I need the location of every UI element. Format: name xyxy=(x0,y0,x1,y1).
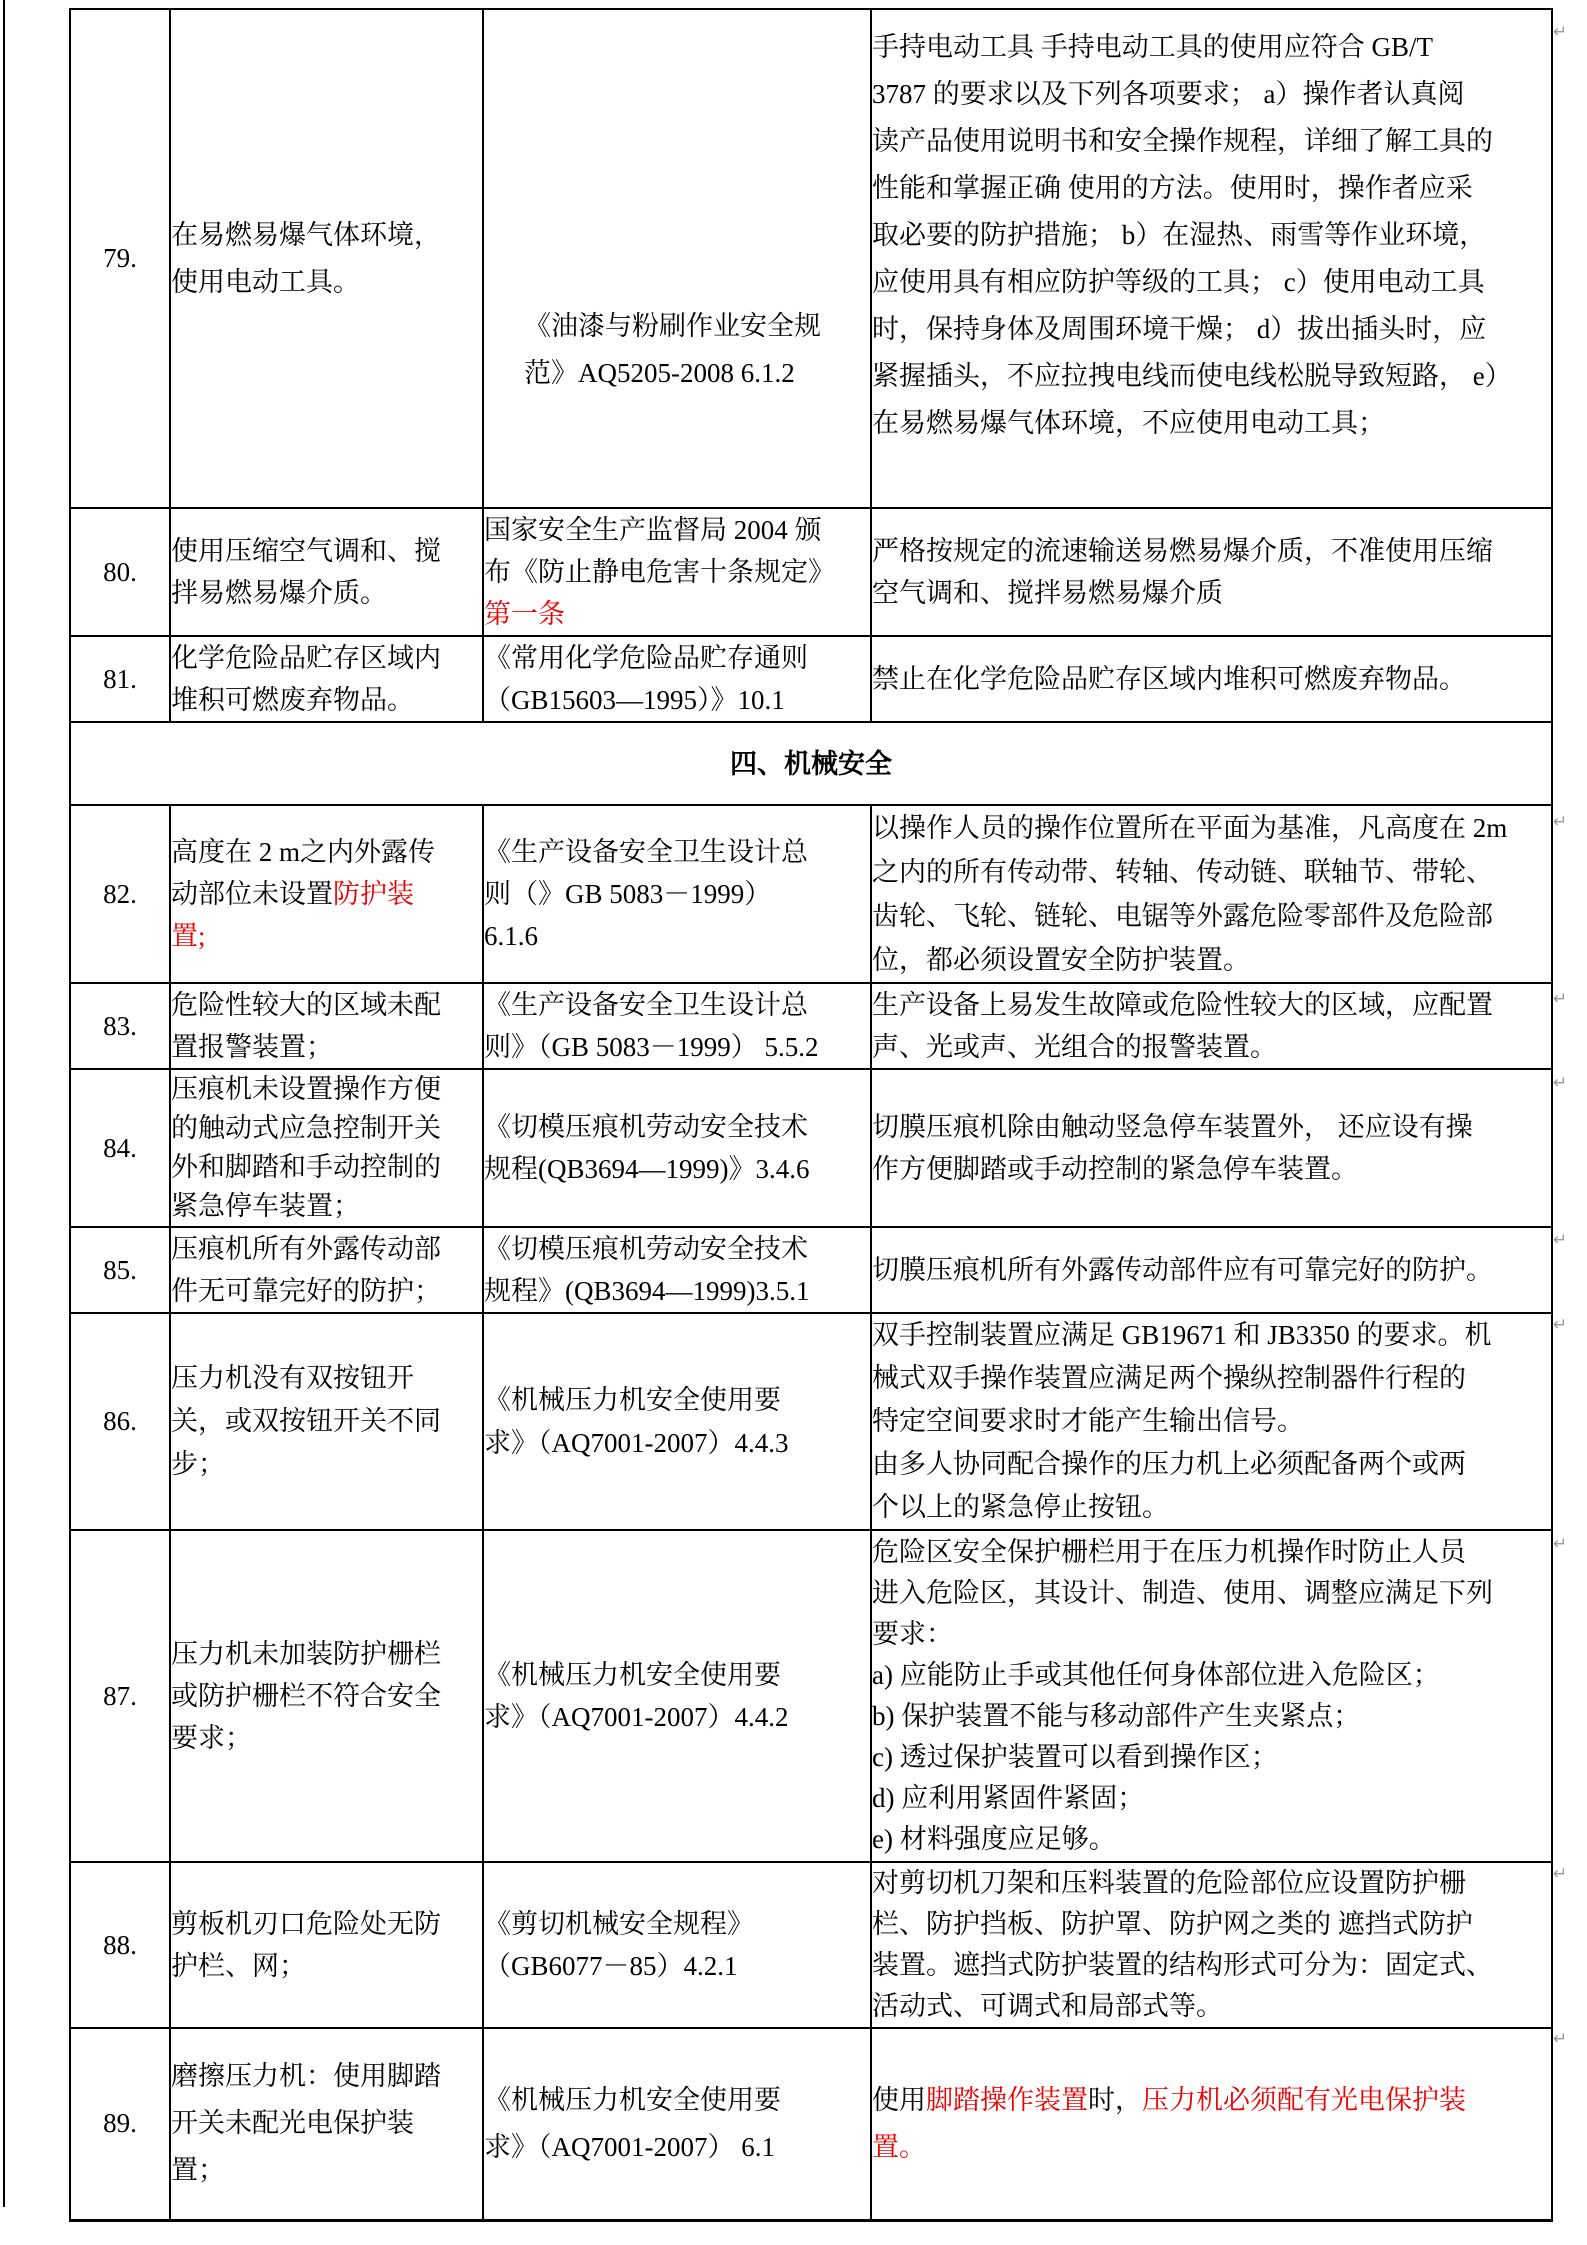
table-row: 84. 压痕机未设置操作方便 的触动式应急控制开关 外和脚踏和手动控制的 紧急停… xyxy=(70,1069,1552,1227)
highlighted-red-text: 第一条 xyxy=(484,599,565,629)
reference-standard: 《切模压痕机劳动安全技术 规程(QB3694—1999)》3.4.6 xyxy=(483,1069,871,1227)
reference-standard: 《生产设备安全卫生设计总 则》（GB 5083－1999） 5.5.2 xyxy=(483,983,871,1069)
reference-standard: 《机械压力机安全使用要 求》（AQ7001-2007）4.4.2 xyxy=(483,1530,871,1862)
plain-text: 使用 xyxy=(872,2085,926,2115)
requirement-text: 严格按规定的流速输送易燃易爆介质，不准使用压缩 空气调和、搅拌易燃易爆介质 xyxy=(871,508,1552,636)
row-number: 80. xyxy=(70,508,170,636)
reference-standard: 《生产设备安全卫生设计总 则（》GB 5083－1999） 6.1.6 xyxy=(483,805,871,983)
hazard-description: 使用压缩空气调和、搅 拌易燃易爆介质。 xyxy=(170,508,483,636)
table-row: 87. 压力机未加装防护栅栏 或防护栅栏不符合安全 要求； 《机械压力机安全使用… xyxy=(70,1530,1552,1862)
table-row: 89. 磨擦压力机：使用脚踏 开关未配光电保护装 置； 《机械压力机安全使用要 … xyxy=(70,2028,1552,2220)
requirement-text: 双手控制装置应满足 GB19671 和 JB3350 的要求。机 械式双手操作装… xyxy=(871,1313,1552,1530)
row-number: 82. xyxy=(70,805,170,983)
highlighted-red-text: 脚踏操作装置 xyxy=(926,2085,1088,2115)
row-number: 84. xyxy=(70,1069,170,1227)
requirement-text: 手持电动工具 手持电动工具的使用应符合 GB/T 3787 的要求以及下列各项要… xyxy=(871,9,1552,508)
table-row: 80. 使用压缩空气调和、搅 拌易燃易爆介质。 国家安全生产监督局 2004 颁… xyxy=(70,508,1552,636)
hazard-description: 高度在 2 m之内外露传 动部位未设置防护装 置; xyxy=(170,805,483,983)
hazard-description: 压痕机所有外露传动部 件无可靠完好的防护； xyxy=(170,1227,483,1313)
section-title: 四、机械安全 xyxy=(70,722,1552,805)
paragraph-mark-icon xyxy=(1553,1073,1573,1093)
reference-standard: 《切模压痕机劳动安全技术 规程》(QB3694—1999)3.5.1 xyxy=(483,1227,871,1313)
reference-standard: 《剪切机械安全规程》 （GB6077－85）4.2.1 xyxy=(483,1862,871,2028)
page-edge-line xyxy=(3,0,5,2207)
row-number: 83. xyxy=(70,983,170,1069)
document-page: 79. 在易燃易爆气体环境， 使用电动工具。 《油漆与粉刷作业安全规 范》AQ5… xyxy=(0,0,1587,2245)
paragraph-mark-icon xyxy=(1553,1864,1573,1884)
paragraph-mark-icon xyxy=(1553,812,1573,832)
hazard-description: 在易燃易爆气体环境， 使用电动工具。 xyxy=(170,9,483,508)
requirement-text: 危险区安全保护栅栏用于在压力机操作时防止人员 进入危险区，其设计、制造、使用、调… xyxy=(871,1530,1552,1862)
paragraph-mark-icon xyxy=(1553,22,1573,42)
paragraph-mark-icon xyxy=(1553,1534,1573,1554)
paragraph-mark-icon xyxy=(1553,2029,1573,2049)
table-row: 88. 剪板机刃口危险处无防 护栏、网； 《剪切机械安全规程》 （GB6077－… xyxy=(70,1862,1552,2028)
hazard-description: 压痕机未设置操作方便 的触动式应急控制开关 外和脚踏和手动控制的 紧急停车装置； xyxy=(170,1069,483,1227)
requirement-text: 禁止在化学危险品贮存区域内堆积可燃废弃物品。 xyxy=(871,636,1552,722)
safety-hazard-table: 79. 在易燃易爆气体环境， 使用电动工具。 《油漆与粉刷作业安全规 范》AQ5… xyxy=(69,8,1553,2222)
row-number: 85. xyxy=(70,1227,170,1313)
table-row: 79. 在易燃易爆气体环境， 使用电动工具。 《油漆与粉刷作业安全规 范》AQ5… xyxy=(70,9,1552,508)
paragraph-mark-icon xyxy=(1553,989,1573,1009)
requirement-text: 使用脚踏操作装置时，压力机必须配有光电保护装 置。 xyxy=(871,2028,1552,2220)
reference-standard: 《油漆与粉刷作业安全规 范》AQ5205-2008 6.1.2 xyxy=(483,9,871,508)
hazard-description: 危险性较大的区域未配 置报警装置； xyxy=(170,983,483,1069)
table-row: 85. 压痕机所有外露传动部 件无可靠完好的防护； 《切模压痕机劳动安全技术 规… xyxy=(70,1227,1552,1313)
paragraph-mark-icon xyxy=(1553,1315,1573,1335)
reference-standard: 《机械压力机安全使用要 求》（AQ7001-2007） 6.1 xyxy=(483,2028,871,2220)
hazard-description: 压力机没有双按钮开 关，或双按钮开关不同 步； xyxy=(170,1313,483,1530)
requirement-text: 切膜压痕机所有外露传动部件应有可靠完好的防护。 xyxy=(871,1227,1552,1313)
requirement-text: 切膜压痕机除由触动竖急停车装置外， 还应设有操 作方便脚踏或手动控制的紧急停车装… xyxy=(871,1069,1552,1227)
requirement-text: 以操作人员的操作位置所在平面为基准，凡高度在 2m 之内的所有传动带、转轴、传动… xyxy=(871,805,1552,983)
table-row: 81. 化学危险品贮存区域内 堆积可燃废弃物品。 《常用化学危险品贮存通则 （G… xyxy=(70,636,1552,722)
table-row: 83. 危险性较大的区域未配 置报警装置； 《生产设备安全卫生设计总 则》（GB… xyxy=(70,983,1552,1069)
reference-standard: 国家安全生产监督局 2004 颁 布《防止静电危害十条规定》 第一条 xyxy=(483,508,871,636)
section-header-row: 四、机械安全 xyxy=(70,722,1552,805)
row-number: 88. xyxy=(70,1862,170,2028)
row-number: 87. xyxy=(70,1530,170,1862)
requirement-text: 对剪切机刀架和压料装置的危险部位应设置防护栅 栏、防护挡板、防护罩、防护网之类的… xyxy=(871,1862,1552,2028)
hazard-description: 剪板机刃口危险处无防 护栏、网； xyxy=(170,1862,483,2028)
row-number: 79. xyxy=(70,9,170,508)
row-number: 89. xyxy=(70,2028,170,2220)
row-number: 81. xyxy=(70,636,170,722)
plain-text: 时， xyxy=(1088,2085,1142,2115)
plain-text: 国家安全生产监督局 2004 颁 布《防止静电危害十条规定》 xyxy=(484,515,835,587)
hazard-description: 磨擦压力机：使用脚踏 开关未配光电保护装 置； xyxy=(170,2028,483,2220)
hazard-description: 化学危险品贮存区域内 堆积可燃废弃物品。 xyxy=(170,636,483,722)
reference-standard: 《机械压力机安全使用要 求》（AQ7001-2007）4.4.3 xyxy=(483,1313,871,1530)
hazard-description: 压力机未加装防护栅栏 或防护栅栏不符合安全 要求； xyxy=(170,1530,483,1862)
table-row: 86. 压力机没有双按钮开 关，或双按钮开关不同 步； 《机械压力机安全使用要 … xyxy=(70,1313,1552,1530)
table-row: 82. 高度在 2 m之内外露传 动部位未设置防护装 置; 《生产设备安全卫生设… xyxy=(70,805,1552,983)
paragraph-mark-icon xyxy=(1553,1230,1573,1250)
reference-standard: 《常用化学危险品贮存通则 （GB15603—1995）》10.1 xyxy=(483,636,871,722)
row-number: 86. xyxy=(70,1313,170,1530)
requirement-text: 生产设备上易发生故障或危险性较大的区域，应配置 声、光或声、光组合的报警装置。 xyxy=(871,983,1552,1069)
